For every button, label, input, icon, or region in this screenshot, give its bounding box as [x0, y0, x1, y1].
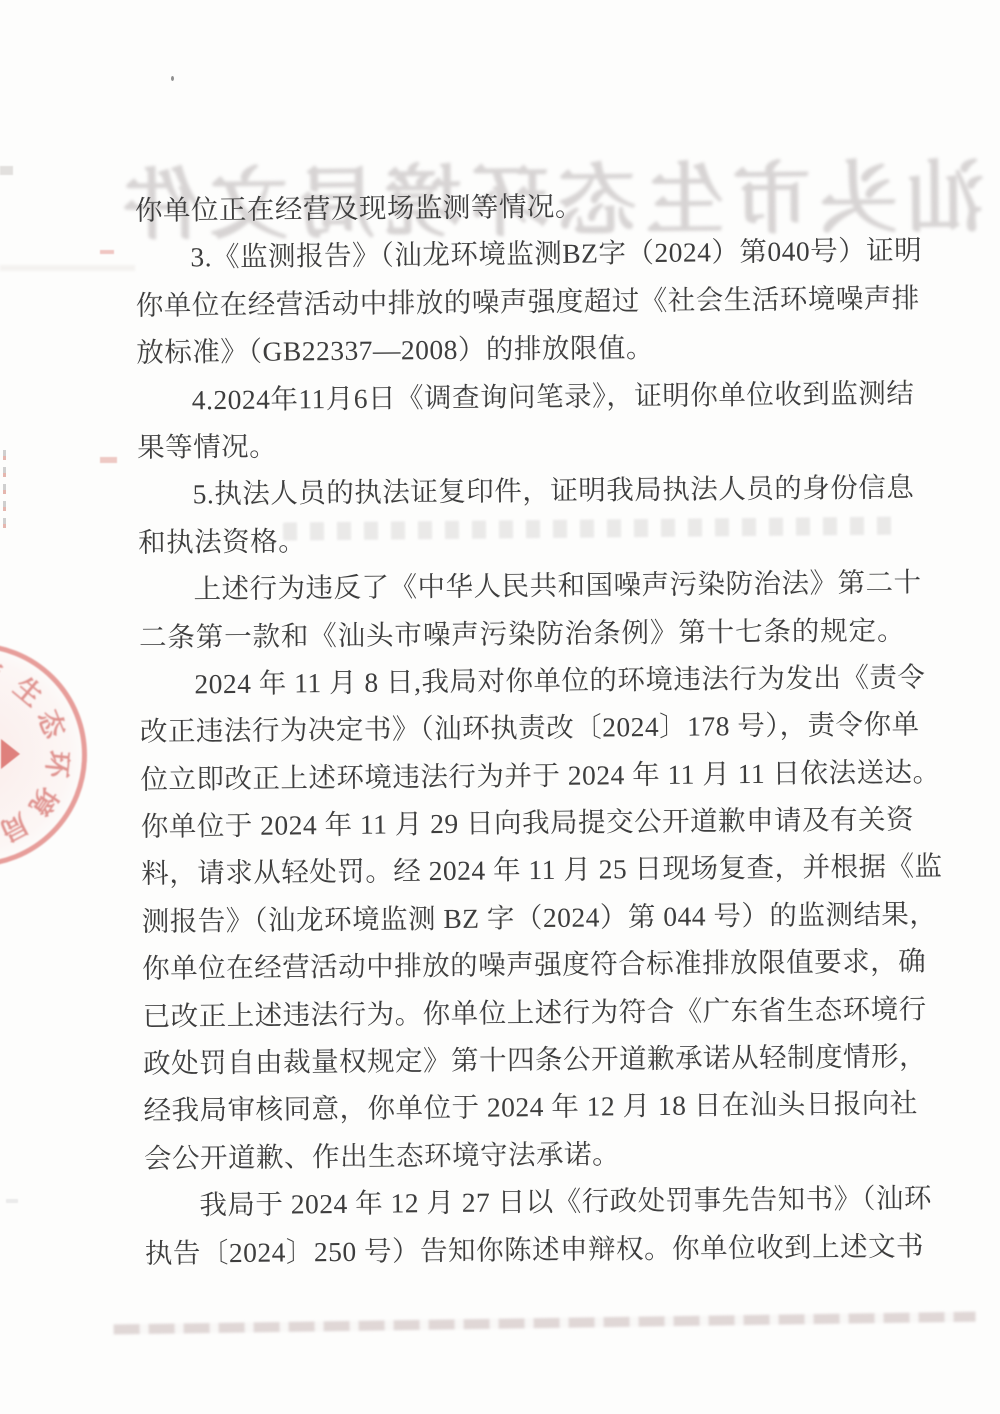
document-text-line: 你单位在经营活动中排放的噪声强度超过《社会生活环境噪声排	[136, 274, 902, 329]
scan-artifact	[100, 457, 117, 463]
document-text-line: 改正违法行为决定书》（汕环执责改〔2024〕178 号），责令你单	[140, 701, 906, 756]
scan-artifact	[0, 265, 135, 271]
document-text-line: 3.《监测报告》（汕龙环境监测BZ字（2024）第040号）证明	[135, 227, 901, 282]
document-text-line: 上述行为违反了《中华人民共和国噪声污染防治法》第二十	[138, 559, 904, 614]
document-text-line: 会公开道歉、作出生态环境守法承诺。	[144, 1127, 910, 1182]
document-text-line: 4.2024年11月6日《调查询问笔录》，证明你单位收到监测结	[137, 369, 903, 424]
document-text-line: 你单位正在经营及现场监测等情况。	[135, 180, 901, 235]
document-text-line: 果等情况。	[137, 417, 903, 472]
document-body-text: 你单位正在经营及现场监测等情况。 3.《监测报告》（汕龙环境监测BZ字（2024…	[135, 180, 911, 1277]
document-text-line: 已改正上述违法行为。你单位上述行为符合《广东省生态环境行	[142, 985, 908, 1040]
document-text-line: 料，请求从轻处罚。经 2024 年 11 月 25 日现场复查，并根据《监	[141, 843, 907, 898]
scan-artifact	[6, 1199, 18, 1203]
document-text-line: 你单位于 2024 年 11 月 29 日向我局提交公开道歉申请及有关资	[141, 796, 907, 851]
document-text-line: 测报告》（汕龙环境监测 BZ 字（2024）第 044 号）的监测结果，	[142, 890, 908, 945]
scan-streak	[114, 1312, 976, 1335]
document-text-line: 政处罚自由裁量权规定》第十四条公开道歉承诺从轻制度情形，	[143, 1033, 909, 1088]
scanned-document-page: 汕头市生态环境局文件 你单位正在经营及现场监测等情况。 3.《监测报告》（汕龙环…	[0, 0, 1000, 1414]
document-text-line: 你单位在经营活动中排放的噪声强度符合标准排放限值要求，确	[142, 938, 908, 993]
document-text-line: 经我局审核同意，你单位于 2024 年 12 月 18 日在汕头日报向社	[143, 1080, 909, 1135]
scan-artifact	[100, 250, 114, 254]
printed-content-layer: 汕头市生态环境局文件 你单位正在经营及现场监测等情况。 3.《监测报告》（汕龙环…	[0, 0, 1000, 1414]
document-text-line: 执告〔2024〕250 号）告知你陈述申辩权。你单位收到上述文书	[145, 1222, 911, 1277]
document-text-line: 位立即改正上述环境违法行为并于 2024 年 11 月 11 日依法送达。	[140, 748, 906, 803]
scan-artifact	[0, 166, 13, 175]
document-text-line: 2024 年 11 月 8 日,我局对你单位的环境违法行为发出《责令	[139, 653, 905, 708]
document-text-line: 5.执法人员的执法证复印件，证明我局执法人员的身份信息	[137, 464, 903, 519]
seal-arc-character: 环	[42, 749, 73, 780]
seal-star-fragment-icon	[1, 739, 20, 769]
document-text-line: 放标准》（GB22337—2008）的排放限值。	[136, 322, 902, 377]
scan-edge-noise	[3, 450, 6, 528]
document-text-line: 二条第一款和《汕头市噪声污染防治条例》第十七条的规定。	[139, 606, 905, 661]
scan-speck	[171, 76, 174, 81]
document-text-line: 我局于 2024 年 12 月 27 日以《行政处罚事先告知书》（汕环	[144, 1175, 910, 1230]
